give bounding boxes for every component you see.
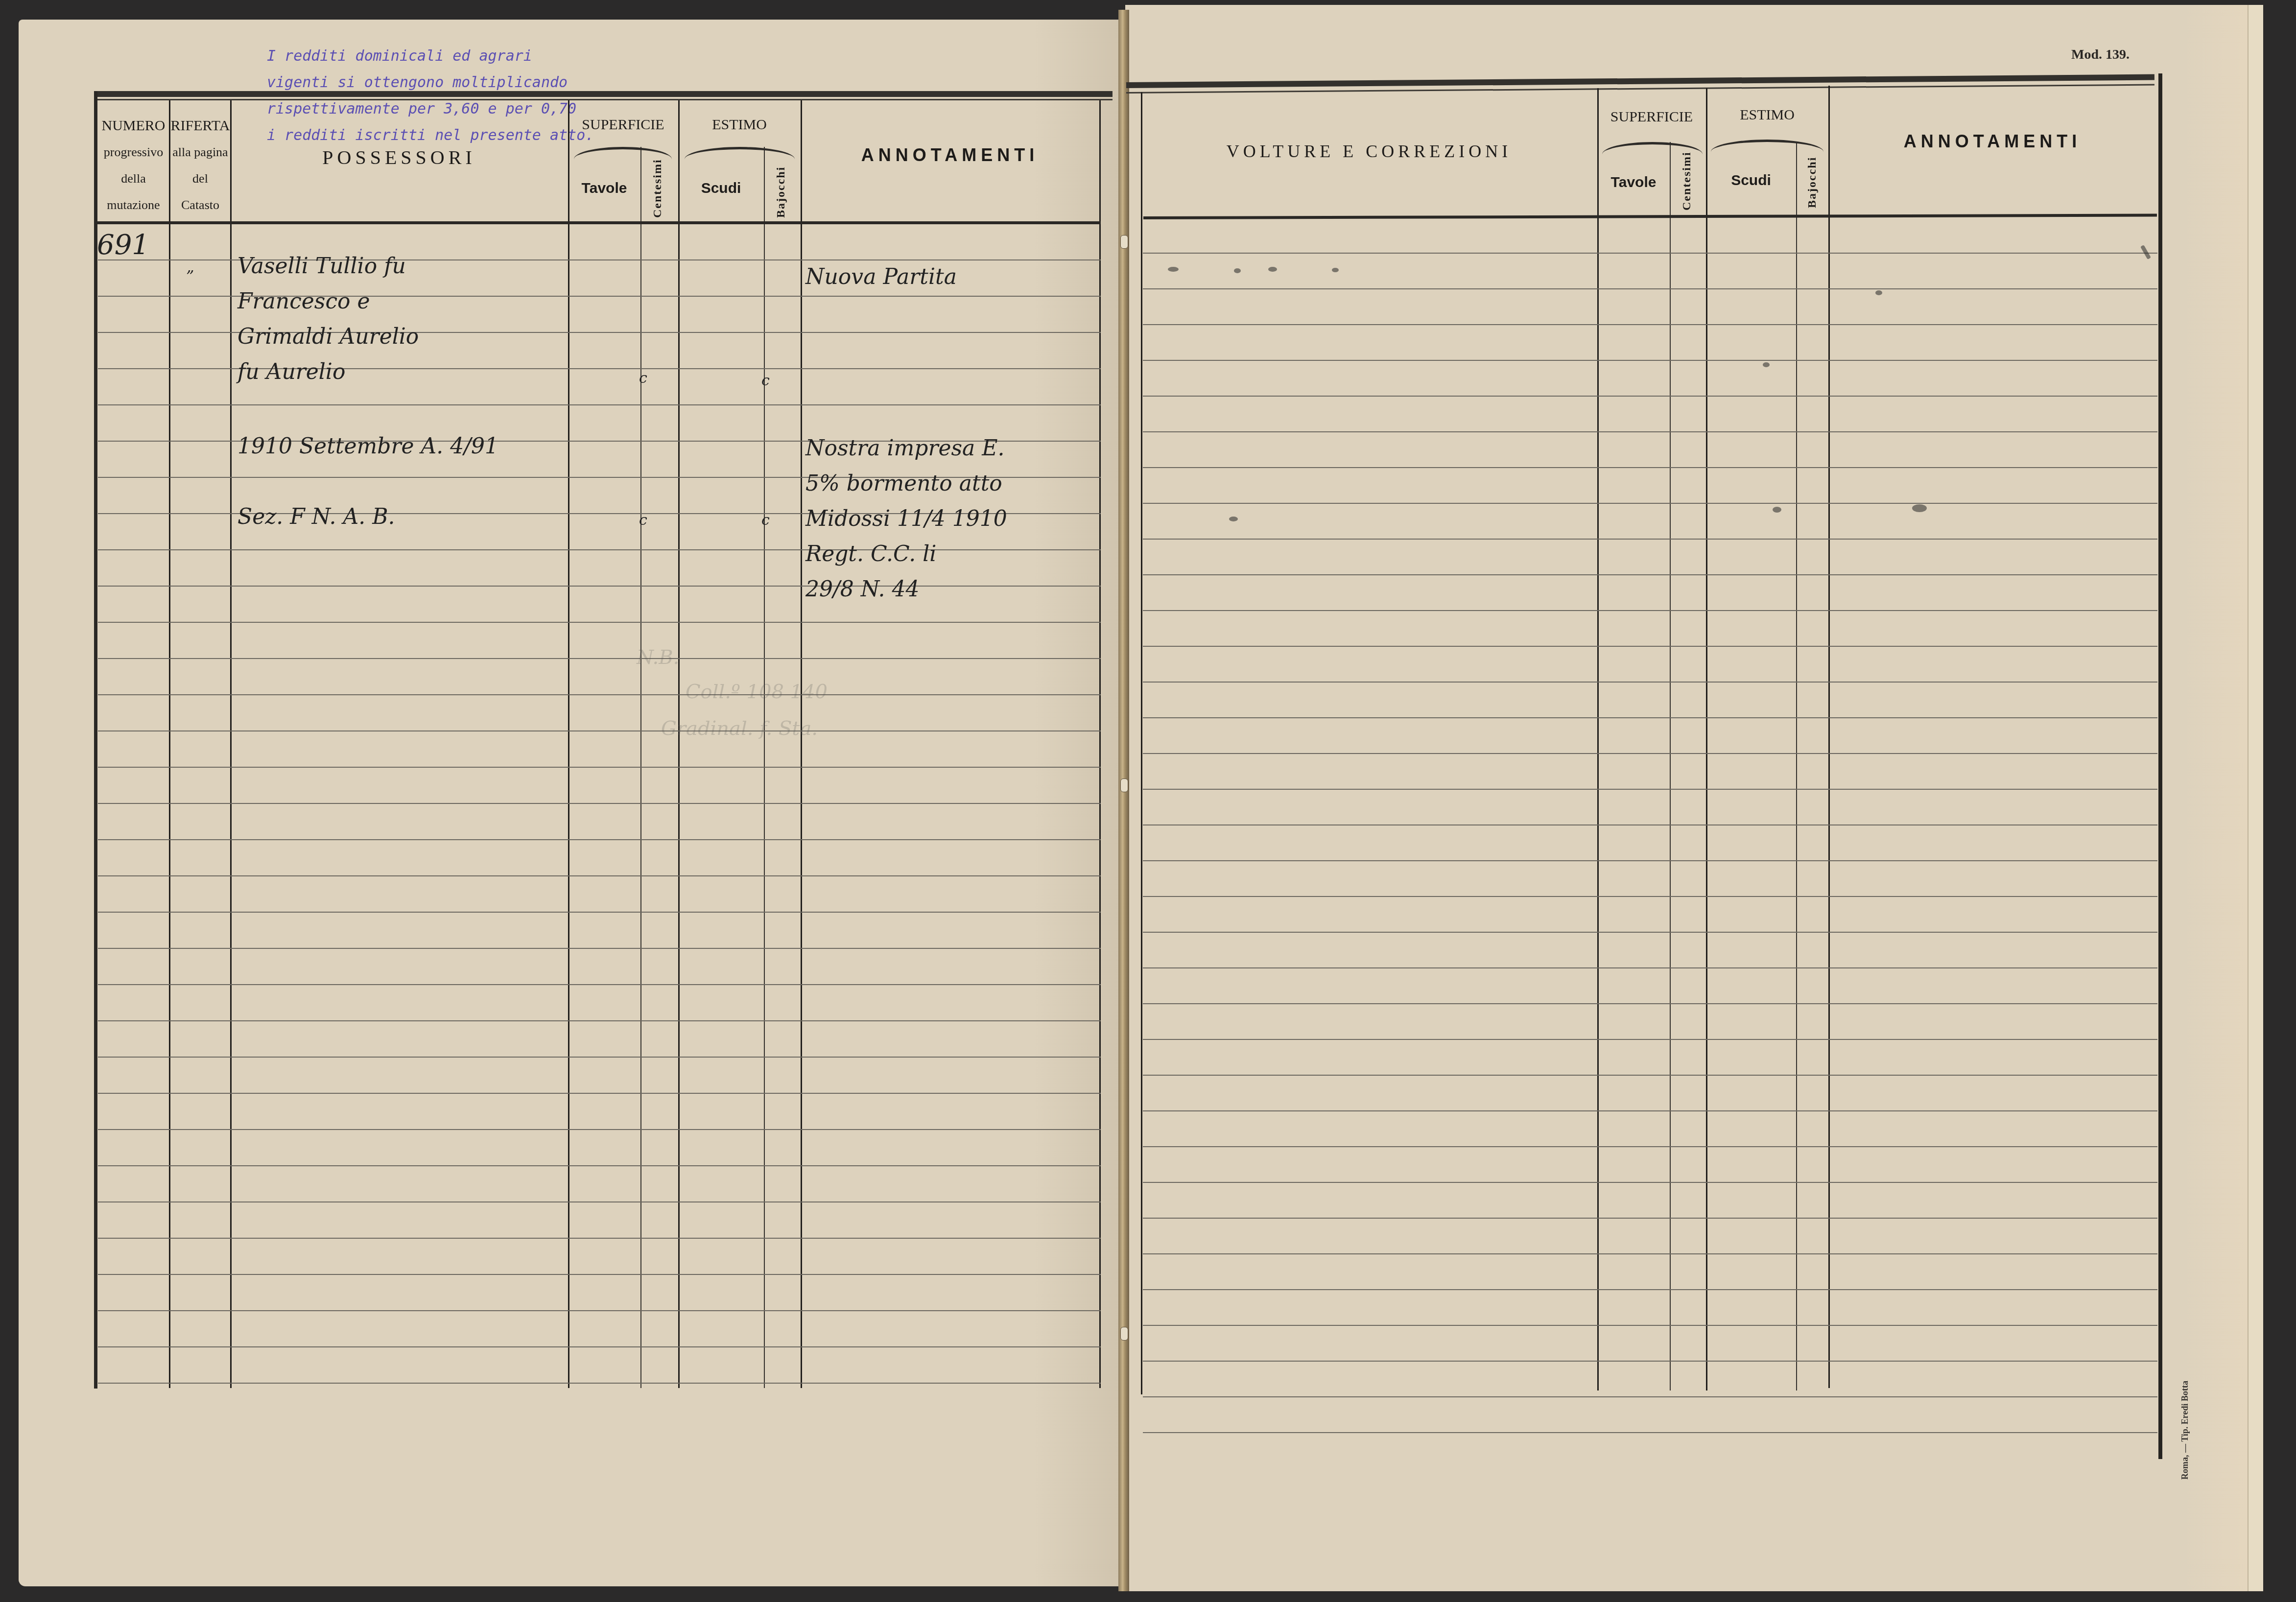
row-line <box>98 658 1101 659</box>
centesimi-header: Centesimi <box>651 164 664 218</box>
entry-annotamento-line: Nuova Partita <box>805 264 957 289</box>
row-line <box>1143 288 2157 289</box>
form-number: Mod. 139. <box>2071 47 2130 63</box>
bajocchi-header: Bajocchi <box>1806 157 1819 208</box>
ink-blot <box>1875 290 1882 295</box>
entry-annotamento-line: 5% bormento atto <box>805 471 1002 496</box>
table-left-border <box>94 91 97 1389</box>
superficie-header: SUPERFICIE <box>568 112 678 138</box>
row-line <box>98 730 1101 731</box>
row-line <box>1143 503 2157 504</box>
row-line <box>98 839 1101 840</box>
row-line <box>1143 789 2157 790</box>
row-line <box>1143 610 2157 611</box>
annotamenti-header: ANNOTAMENTI <box>1828 131 2156 152</box>
entry-possessore-line: 1910 Settembre A. 4/91 <box>237 434 498 459</box>
row-line <box>98 1129 1101 1130</box>
printer-imprint: Roma, — Tip. Eredi Botta <box>2180 1381 2190 1480</box>
binding-stitch <box>1120 1327 1128 1341</box>
row-line <box>1143 539 2157 540</box>
row-line <box>1143 860 2157 861</box>
estimo-header: ESTIMO <box>1706 102 1828 128</box>
page-edge <box>2248 5 2263 1591</box>
row-line <box>98 1057 1101 1058</box>
ink-blot <box>1332 268 1339 272</box>
entry-annotamento-line: Nostra impresa E. <box>805 436 1004 461</box>
ink-blot <box>1773 507 1781 513</box>
entry-riferta: ” <box>186 267 194 285</box>
tavole-header: Tavole <box>568 180 640 197</box>
col-divider <box>1099 100 1101 1388</box>
col-divider <box>1670 142 1671 1390</box>
row-line <box>1143 396 2157 397</box>
ink-blot <box>1763 362 1770 367</box>
row-line <box>1143 1253 2157 1254</box>
superficie-mark: c <box>639 370 647 387</box>
superficie-mark: c <box>639 512 647 529</box>
entry-numero: 691 <box>97 229 149 261</box>
superficie-header: SUPERFICIE <box>1597 104 1706 130</box>
table-right-border <box>2158 73 2162 1459</box>
row-line <box>1143 431 2157 432</box>
col-divider <box>678 100 680 1388</box>
col-divider <box>568 100 569 1388</box>
numero-header: NUMERO progressivo della mutazione <box>98 113 169 218</box>
scudi-header: Scudi <box>678 180 764 197</box>
row-line <box>98 1093 1101 1094</box>
entry-possessore-line: Francesco e <box>237 289 370 314</box>
row-line <box>98 622 1101 623</box>
row-line <box>98 1310 1101 1311</box>
row-line <box>98 404 1101 405</box>
row-line <box>98 803 1101 804</box>
row-line <box>1143 1361 2157 1362</box>
right-page <box>1125 5 2262 1591</box>
row-line <box>98 1274 1101 1275</box>
entry-possessore-line: Vaselli Tullio fu <box>237 254 406 279</box>
binding-stitch <box>1120 778 1128 792</box>
row-line <box>1143 1432 2157 1433</box>
scudi-header: Scudi <box>1706 172 1796 189</box>
row-line <box>1143 1218 2157 1219</box>
table-top-border <box>94 99 1112 100</box>
row-line <box>98 549 1101 550</box>
bleedthrough-text: N.B. <box>637 646 679 669</box>
row-line <box>1143 932 2157 933</box>
col-divider <box>1706 88 1707 1390</box>
row-line <box>1143 646 2157 647</box>
entry-possessore-line: Grimaldi Aurelio <box>237 324 419 349</box>
row-line <box>98 1346 1101 1347</box>
row-line <box>1143 1075 2157 1076</box>
centesimi-header: Centesimi <box>1681 157 1694 211</box>
row-line <box>98 984 1101 985</box>
row-line <box>1143 717 2157 718</box>
row-line <box>1143 1325 2157 1326</box>
row-line <box>1143 253 2157 254</box>
row-line <box>1143 467 2157 468</box>
row-line <box>1143 753 2157 754</box>
entry-possessore-line: fu Aurelio <box>237 359 345 384</box>
estimo-mark: c <box>761 512 770 529</box>
row-line <box>1143 825 2157 825</box>
col-divider <box>1796 142 1797 1390</box>
entry-annotamento-line: Regt. C.C. li <box>805 542 936 566</box>
entry-annotamento-line: Midossi 11/4 1910 <box>805 506 1007 531</box>
row-line <box>98 767 1101 768</box>
row-line <box>1143 1110 2157 1111</box>
row-line <box>1143 1146 2157 1147</box>
estimo-mark: c <box>761 372 770 389</box>
table-top-border <box>94 91 1112 97</box>
ink-blot <box>1234 268 1241 273</box>
stamp-line: i redditi iscritti nel presente atto. <box>267 122 541 149</box>
row-line <box>1143 360 2157 361</box>
volture-header: VOLTURE E CORREZIONI <box>1141 141 1597 162</box>
entry-possessore-line: Sez. F N. A. B. <box>237 504 395 529</box>
bleedthrough-text: Coll.º 108 140 <box>686 681 828 703</box>
binding-stitch <box>1120 235 1128 249</box>
row-line <box>1143 1003 2157 1004</box>
stamp-line: I redditi dominicali ed agrari <box>267 43 541 70</box>
row-line <box>98 586 1101 587</box>
row-line <box>1143 1182 2157 1183</box>
row-line <box>1143 896 2157 897</box>
row-line <box>1143 1289 2157 1290</box>
row-line <box>98 1238 1101 1239</box>
col-divider <box>1597 88 1599 1390</box>
row-line <box>1143 967 2157 968</box>
estimo-header: ESTIMO <box>678 112 801 138</box>
ink-blot <box>1912 504 1927 512</box>
col-divider <box>1828 86 1830 1388</box>
row-line <box>98 1020 1101 1021</box>
col-divider <box>169 100 170 1388</box>
riferta-header: RIFERTA alla pagina del Catasto <box>170 113 230 218</box>
row-line <box>1143 682 2157 683</box>
row-line <box>98 912 1101 913</box>
possessori-header: POSSESSORI <box>230 146 568 169</box>
row-line <box>1143 324 2157 325</box>
row-line <box>1143 574 2157 575</box>
ink-blot <box>1229 517 1238 521</box>
ink-blot <box>1168 267 1179 272</box>
entry-annotamento-line: 29/8 N. 44 <box>805 577 919 602</box>
row-line <box>98 1165 1101 1166</box>
bleedthrough-text: Gradinal. f. Sta. <box>661 717 818 740</box>
header-separator <box>97 221 1101 224</box>
row-line <box>98 948 1101 949</box>
row-line <box>98 1383 1101 1384</box>
col-divider <box>230 100 232 1388</box>
bajocchi-header: Bajocchi <box>775 166 788 218</box>
ink-blot <box>1268 267 1277 272</box>
row-line <box>1143 1396 2157 1397</box>
annotamenti-header: ANNOTAMENTI <box>801 145 1099 165</box>
tavole-header: Tavole <box>1597 174 1670 191</box>
row-line <box>1143 1039 2157 1040</box>
col-divider <box>1141 92 1142 1394</box>
row-line <box>98 1201 1101 1202</box>
col-divider <box>801 100 802 1388</box>
row-line <box>98 694 1101 695</box>
row-line <box>98 875 1101 876</box>
